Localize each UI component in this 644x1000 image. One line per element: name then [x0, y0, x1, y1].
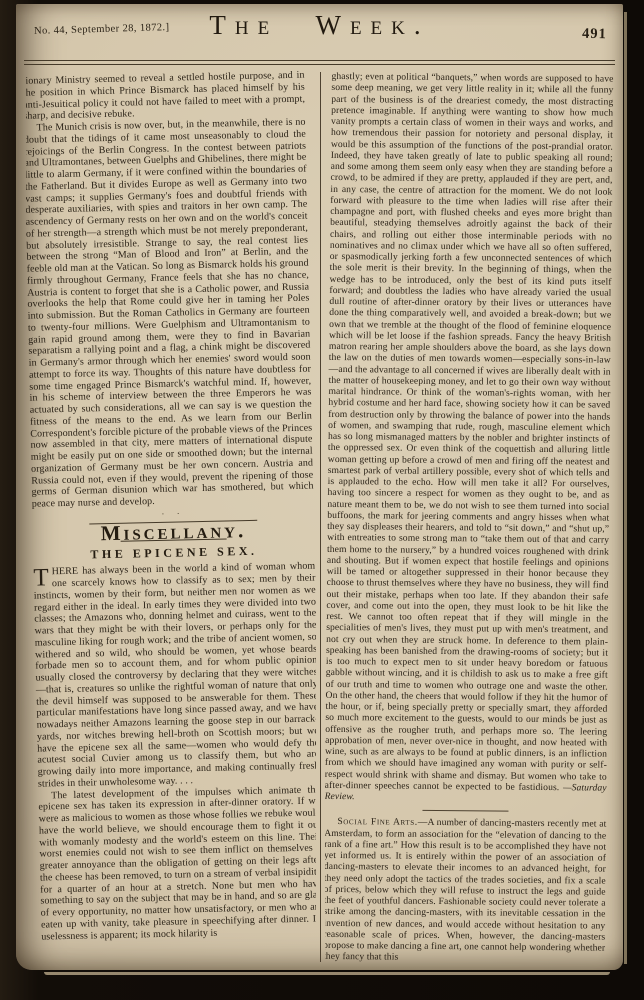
paragraph-text: ghastly; even at political “banquets,” w…: [325, 71, 614, 793]
epicene-paragraph-continued: ghastly; even at political “banquets,” w…: [325, 71, 614, 805]
social-fine-arts-lead: Social Fine Arts.: [337, 816, 418, 828]
text-columns: tionary Ministry seemed to reveal a sett…: [16, 65, 623, 970]
column-divider-rule: [320, 72, 321, 962]
epicene-sex-heading: THE EPICENE SEX.: [33, 544, 315, 562]
journal-title: The Week.: [16, 10, 623, 41]
article-paragraph: tionary Ministry seemed to reveal a sett…: [26, 70, 305, 123]
epicene-paragraph: THERE has always been in the world a kin…: [33, 561, 316, 790]
scanned-page: No. 44, September 28, 1872.] The Week. 4…: [16, 4, 623, 970]
article-divider-rule: [422, 810, 508, 812]
page-stack-bottom-edge: [44, 972, 610, 975]
ornament-dots-icon: · ·: [161, 508, 185, 520]
epicene-paragraph: The latest development of the impulses w…: [38, 784, 316, 943]
page-header: No. 44, September 28, 1872.] The Week. 4…: [16, 4, 623, 58]
book-photo: No. 44, September 28, 1872.] The Week. 4…: [0, 0, 644, 1000]
left-column: tionary Ministry seemed to reveal a sett…: [26, 70, 316, 970]
article-paragraph: The Munich crisis is now over, but, in t…: [26, 117, 314, 511]
right-column-content: ghastly; even at political “banquets,” w…: [325, 70, 615, 967]
social-fine-arts-text: —A number of dancing-masters recently me…: [325, 817, 606, 963]
page-number: 491: [582, 26, 607, 43]
miscellany-heading: Miscellany.: [32, 523, 314, 541]
right-column: ghastly; even at political “banquets,” w…: [325, 70, 615, 970]
page-stack-right-edge: [624, 12, 627, 964]
left-column-content: tionary Ministry seemed to reveal a sett…: [26, 70, 316, 945]
social-fine-arts-paragraph: Social Fine Arts.—A number of dancing-ma…: [325, 816, 606, 965]
